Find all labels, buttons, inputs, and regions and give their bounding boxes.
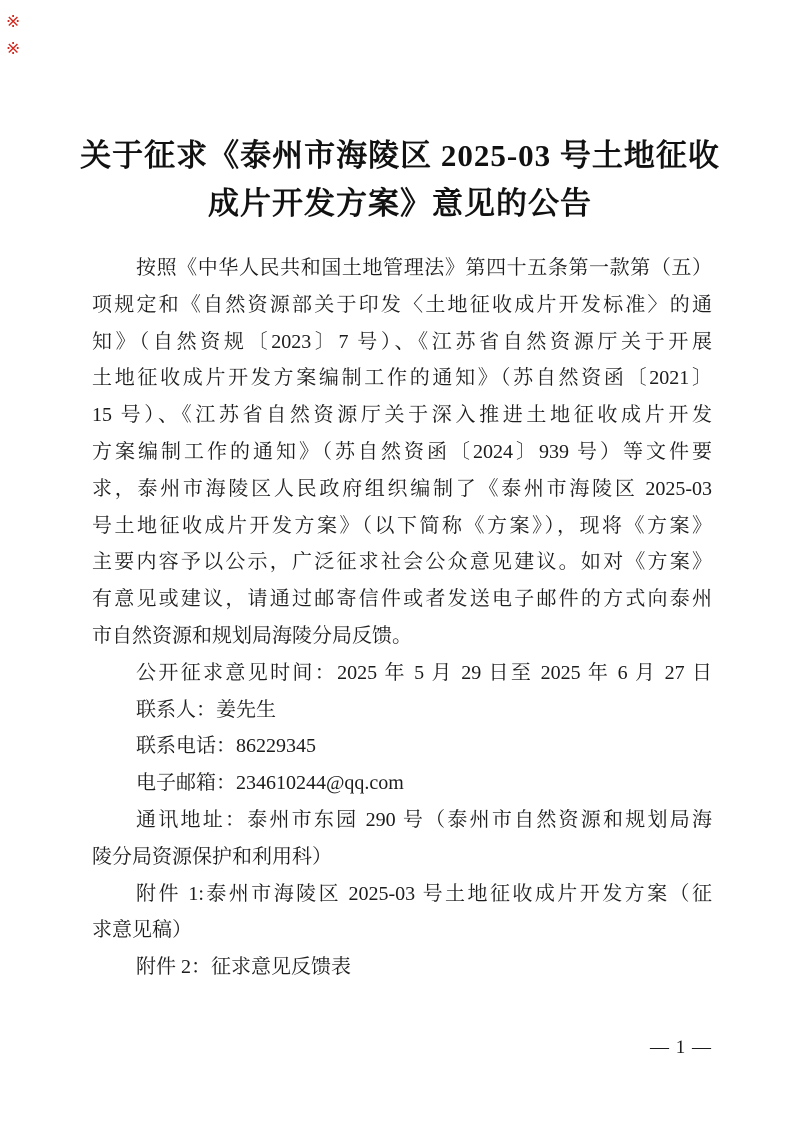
- body-line-1: 按照《中华人民共和国土地管理法》第四十五条第一款第（五）: [92, 250, 712, 287]
- body-line-9: 主要内容予以公示，广泛征求社会公众意见建议。如对《方案》: [92, 544, 712, 581]
- document-page: ※ ※ 关于征求《泰州市海陵区 2025-03 号土地征收 成片开发方案》意见的…: [0, 0, 800, 1131]
- red-stamp-marks: ※ ※: [6, 8, 34, 62]
- red-stamp-mark-icon: ※: [6, 35, 34, 62]
- page-title: 关于征求《泰州市海陵区 2025-03 号土地征收 成片开发方案》意见的公告: [0, 132, 800, 228]
- body-line-6: 方案编制工作的通知》（苏自然资函〔2024〕939 号）等文件要: [92, 434, 712, 471]
- body-line-attachment-1b: 求意见稿）: [92, 912, 712, 949]
- red-stamp-mark-icon: ※: [6, 8, 34, 35]
- body-line-7: 求，泰州市海陵区人民政府组织编制了《泰州市海陵区 2025-03: [92, 471, 712, 508]
- body-line-3: 知》（自然资规〔2023〕7 号）、《江苏省自然资源厅关于开展: [92, 324, 712, 361]
- body-line-contact-email: 电子邮箱：234610244@qq.com: [92, 765, 712, 802]
- page-number: — 1 —: [0, 1037, 712, 1059]
- body-line-attachment-1a: 附件 1:泰州市海陵区 2025-03 号土地征收成片开发方案（征: [92, 876, 712, 913]
- body-line-4: 土地征收成片开发方案编制工作的通知》（苏自然资函〔2021〕: [92, 360, 712, 397]
- body-line-attachment-2: 附件 2：征求意见反馈表: [92, 949, 712, 986]
- body-line-8: 号土地征收成片开发方案》（以下简称《方案》），现将《方案》: [92, 508, 712, 545]
- body-line-10: 有意见或建议，请通过邮寄信件或者发送电子邮件的方式向泰州: [92, 581, 712, 618]
- body-line-11: 市自然资源和规划局海陵分局反馈。: [92, 618, 712, 655]
- page-title-line-1: 关于征求《泰州市海陵区 2025-03 号土地征收: [0, 132, 800, 180]
- page-title-line-2: 成片开发方案》意见的公告: [0, 180, 800, 228]
- body-line-5: 15 号）、《江苏省自然资源厅关于深入推进土地征收成片开发: [92, 397, 712, 434]
- document-body: 按照《中华人民共和国土地管理法》第四十五条第一款第（五） 项规定和《自然资源部关…: [92, 250, 712, 986]
- body-line-contact-person: 联系人：姜先生: [92, 692, 712, 729]
- body-line-mail-address-1: 通讯地址：泰州市东园 290 号（泰州市自然资源和规划局海: [92, 802, 712, 839]
- body-line-2: 项规定和《自然资源部关于印发〈土地征收成片开发标准〉的通: [92, 287, 712, 324]
- body-line-mail-address-2: 陵分局资源保护和利用科）: [92, 839, 712, 876]
- body-line-solicitation-period: 公开征求意见时间：2025 年 5 月 29 日至 2025 年 6 月 27 …: [92, 655, 712, 692]
- body-line-contact-phone: 联系电话：86229345: [92, 728, 712, 765]
